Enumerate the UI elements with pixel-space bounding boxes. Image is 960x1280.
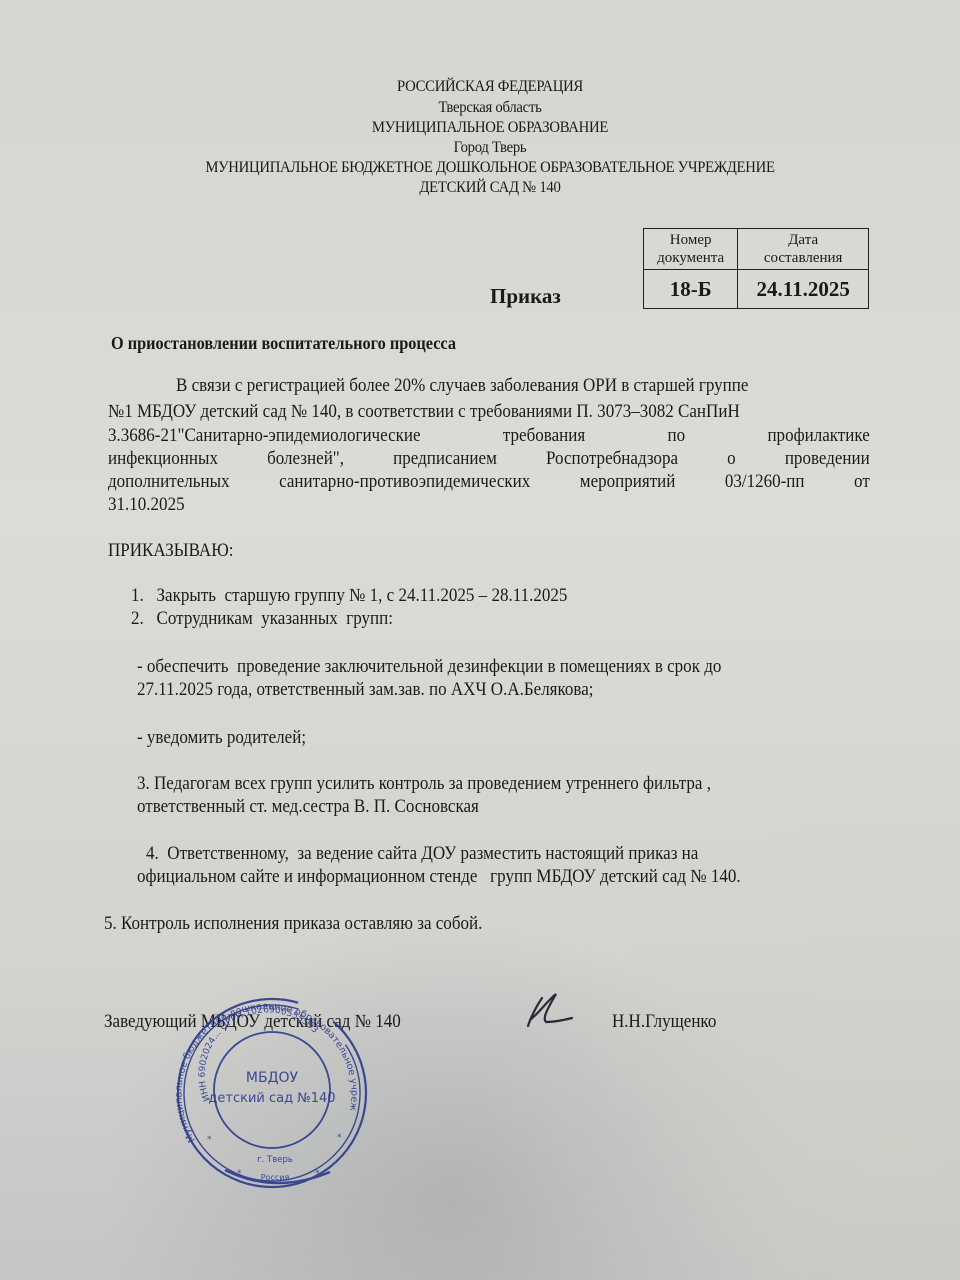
preamble-line-3-text: 3.3686-21"Санитарно-эпидемиологические т… <box>108 426 870 447</box>
svg-text:*: * <box>337 1133 342 1143</box>
order-item-2: 2. Сотрудникам указанных групп: <box>131 609 393 630</box>
official-stamp-icon: Муниципальное бюджетное дошкольное образ… <box>165 990 380 1190</box>
header-city: Город Тверь <box>39 139 941 157</box>
doc-date-header-line2: составления <box>738 249 868 267</box>
order-item-2-dash-1-line-1: - обеспечить проведение заключительной д… <box>137 657 721 678</box>
doc-date-value: 24.11.2025 <box>738 270 869 309</box>
header-country: РОССИЙСКАЯ ФЕДЕРАЦИЯ <box>39 78 941 96</box>
order-item-4-line-2: официальном сайте и информационном стенд… <box>137 867 741 888</box>
preamble-line-6: 31.10.2025 <box>108 495 185 516</box>
header-institution: МУНИЦИПАЛЬНОЕ БЮДЖЕТНОЕ ДОШКОЛЬНОЕ ОБРАЗ… <box>39 159 941 177</box>
doc-number-header: Номер документа <box>644 229 738 270</box>
order-item-2-dash-1-line-2: 27.11.2025 года, ответственный зам.зав. … <box>137 680 594 701</box>
preamble-line-3: 3.3686-21"Санитарно-эпидемиологические т… <box>108 426 868 448</box>
order-item-3-line-1: 3. Педагогам всех групп усилить контроль… <box>137 774 711 795</box>
doc-date-header-line1: Дата <box>738 231 868 249</box>
header-kindergarten: ДЕТСКИЙ САД № 140 <box>39 179 941 197</box>
order-item-1: 1. Закрыть старшую группу № 1, с 24.11.2… <box>131 586 567 607</box>
doc-number-value: 18-Б <box>644 270 738 309</box>
order-item-3-line-2: ответственный ст. мед.сестра В. П. Сосно… <box>137 797 479 818</box>
document-meta-table: Номер документа Дата составления 18-Б 24… <box>643 228 869 309</box>
document-title: Приказ <box>490 284 561 309</box>
signer-name: Н.Н.Глущенко <box>612 1012 716 1033</box>
header-region: Тверская область <box>39 99 941 117</box>
document-subject: О приостановлении воспитательного процес… <box>111 333 456 354</box>
doc-number-header-line1: Номер <box>644 231 737 249</box>
header-municipality: МУНИЦИПАЛЬНОЕ ОБРАЗОВАНИЕ <box>39 119 941 137</box>
svg-text:Россия: Россия <box>261 1173 290 1182</box>
svg-text:г. Тверь: г. Тверь <box>257 1155 293 1165</box>
order-item-5: 5. Контроль исполнения приказа оставляю … <box>104 914 482 935</box>
svg-text:*: * <box>315 1169 320 1179</box>
order-item-2-dash-2: - уведомить родителей; <box>137 728 306 749</box>
order-keyword: ПРИКАЗЫВАЮ: <box>108 541 233 562</box>
handwritten-signature-icon <box>520 990 580 1035</box>
order-item-4-line-1: 4. Ответственному, за ведение сайта ДОУ … <box>146 844 698 865</box>
preamble-line-1: В связи с регистрацией более 20% случаев… <box>176 376 748 397</box>
doc-number-header-line2: документа <box>644 249 737 267</box>
preamble-line-5-text: дополнительных санитарно-противоэпидемич… <box>108 472 870 493</box>
document-page: РОССИЙСКАЯ ФЕДЕРАЦИЯ Тверская область МУ… <box>0 0 960 1280</box>
svg-text:детский сад №140: детский сад №140 <box>208 1091 335 1106</box>
preamble-line-2: №1 МБДОУ детский сад № 140, в соответств… <box>108 402 740 423</box>
preamble-line-5: дополнительных санитарно-противоэпидемич… <box>108 472 868 494</box>
preamble-line-4: инфекционных болезней", предписанием Рос… <box>108 449 868 471</box>
preamble-line-4-text: инфекционных болезней", предписанием Рос… <box>108 449 870 470</box>
doc-date-header: Дата составления <box>738 229 869 270</box>
svg-text:*: * <box>207 1135 212 1145</box>
svg-text:МБДОУ: МБДОУ <box>246 1070 299 1086</box>
svg-text:*: * <box>237 1169 242 1179</box>
